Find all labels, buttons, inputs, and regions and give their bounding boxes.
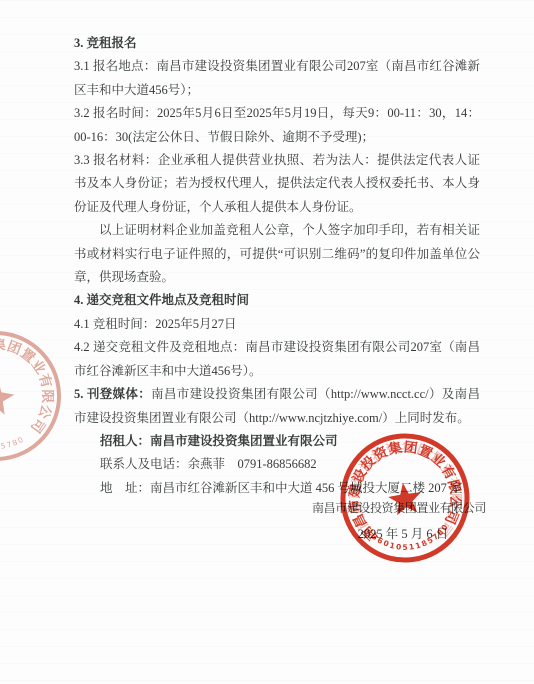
para-5-lead: 5. 刊登媒体： bbox=[74, 387, 151, 401]
para-3-3: 3.3 报名材料：企业承租人提供营业执照、若为法人：提供法定代表人证书及本人身份… bbox=[74, 149, 480, 219]
para-3-2: 3.2 报名时间：2025年5月6日至2025年5月19日，每天9：00-11：… bbox=[74, 102, 480, 149]
star-icon bbox=[0, 377, 16, 416]
section-4-heading: 4. 递交竞租文件地点及竞租时间 bbox=[74, 289, 480, 312]
para-4-2: 4.2 递交竞租文件及竞租地点：南昌市建设投资集团有限公司207室（南昌市红谷滩… bbox=[74, 336, 480, 383]
svg-text:3601051185780: 3601051185780 bbox=[0, 420, 28, 456]
para-3-3-note: 以上证明材料企业加盖竞租人公章，个人签字加印手印，若有相关证书或材料实行电子证件… bbox=[74, 219, 480, 289]
para-3-1: 3.1 报名地点：南昌市建设投资集团置业有限公司207室（南昌市红谷滩新区丰和中… bbox=[74, 55, 480, 102]
document-page: 3. 竞租报名 3.1 报名地点：南昌市建设投资集团置业有限公司207室（南昌市… bbox=[0, 0, 534, 684]
section-3-heading: 3. 竞租报名 bbox=[74, 32, 480, 55]
para-4-1: 4.1 竞租时间：2025年5月27日 bbox=[74, 313, 480, 336]
company-seal-stamp: 南昌市建设投资集团置业有限公司 3601051185780 南昌市建设投资集团置… bbox=[330, 423, 480, 573]
left-stamp-serial: 3601051185780 bbox=[0, 420, 28, 456]
star-icon bbox=[387, 481, 424, 517]
partial-stamp-left: 南昌市建设投资集团置业有限公司 3601051185780 bbox=[0, 318, 76, 478]
